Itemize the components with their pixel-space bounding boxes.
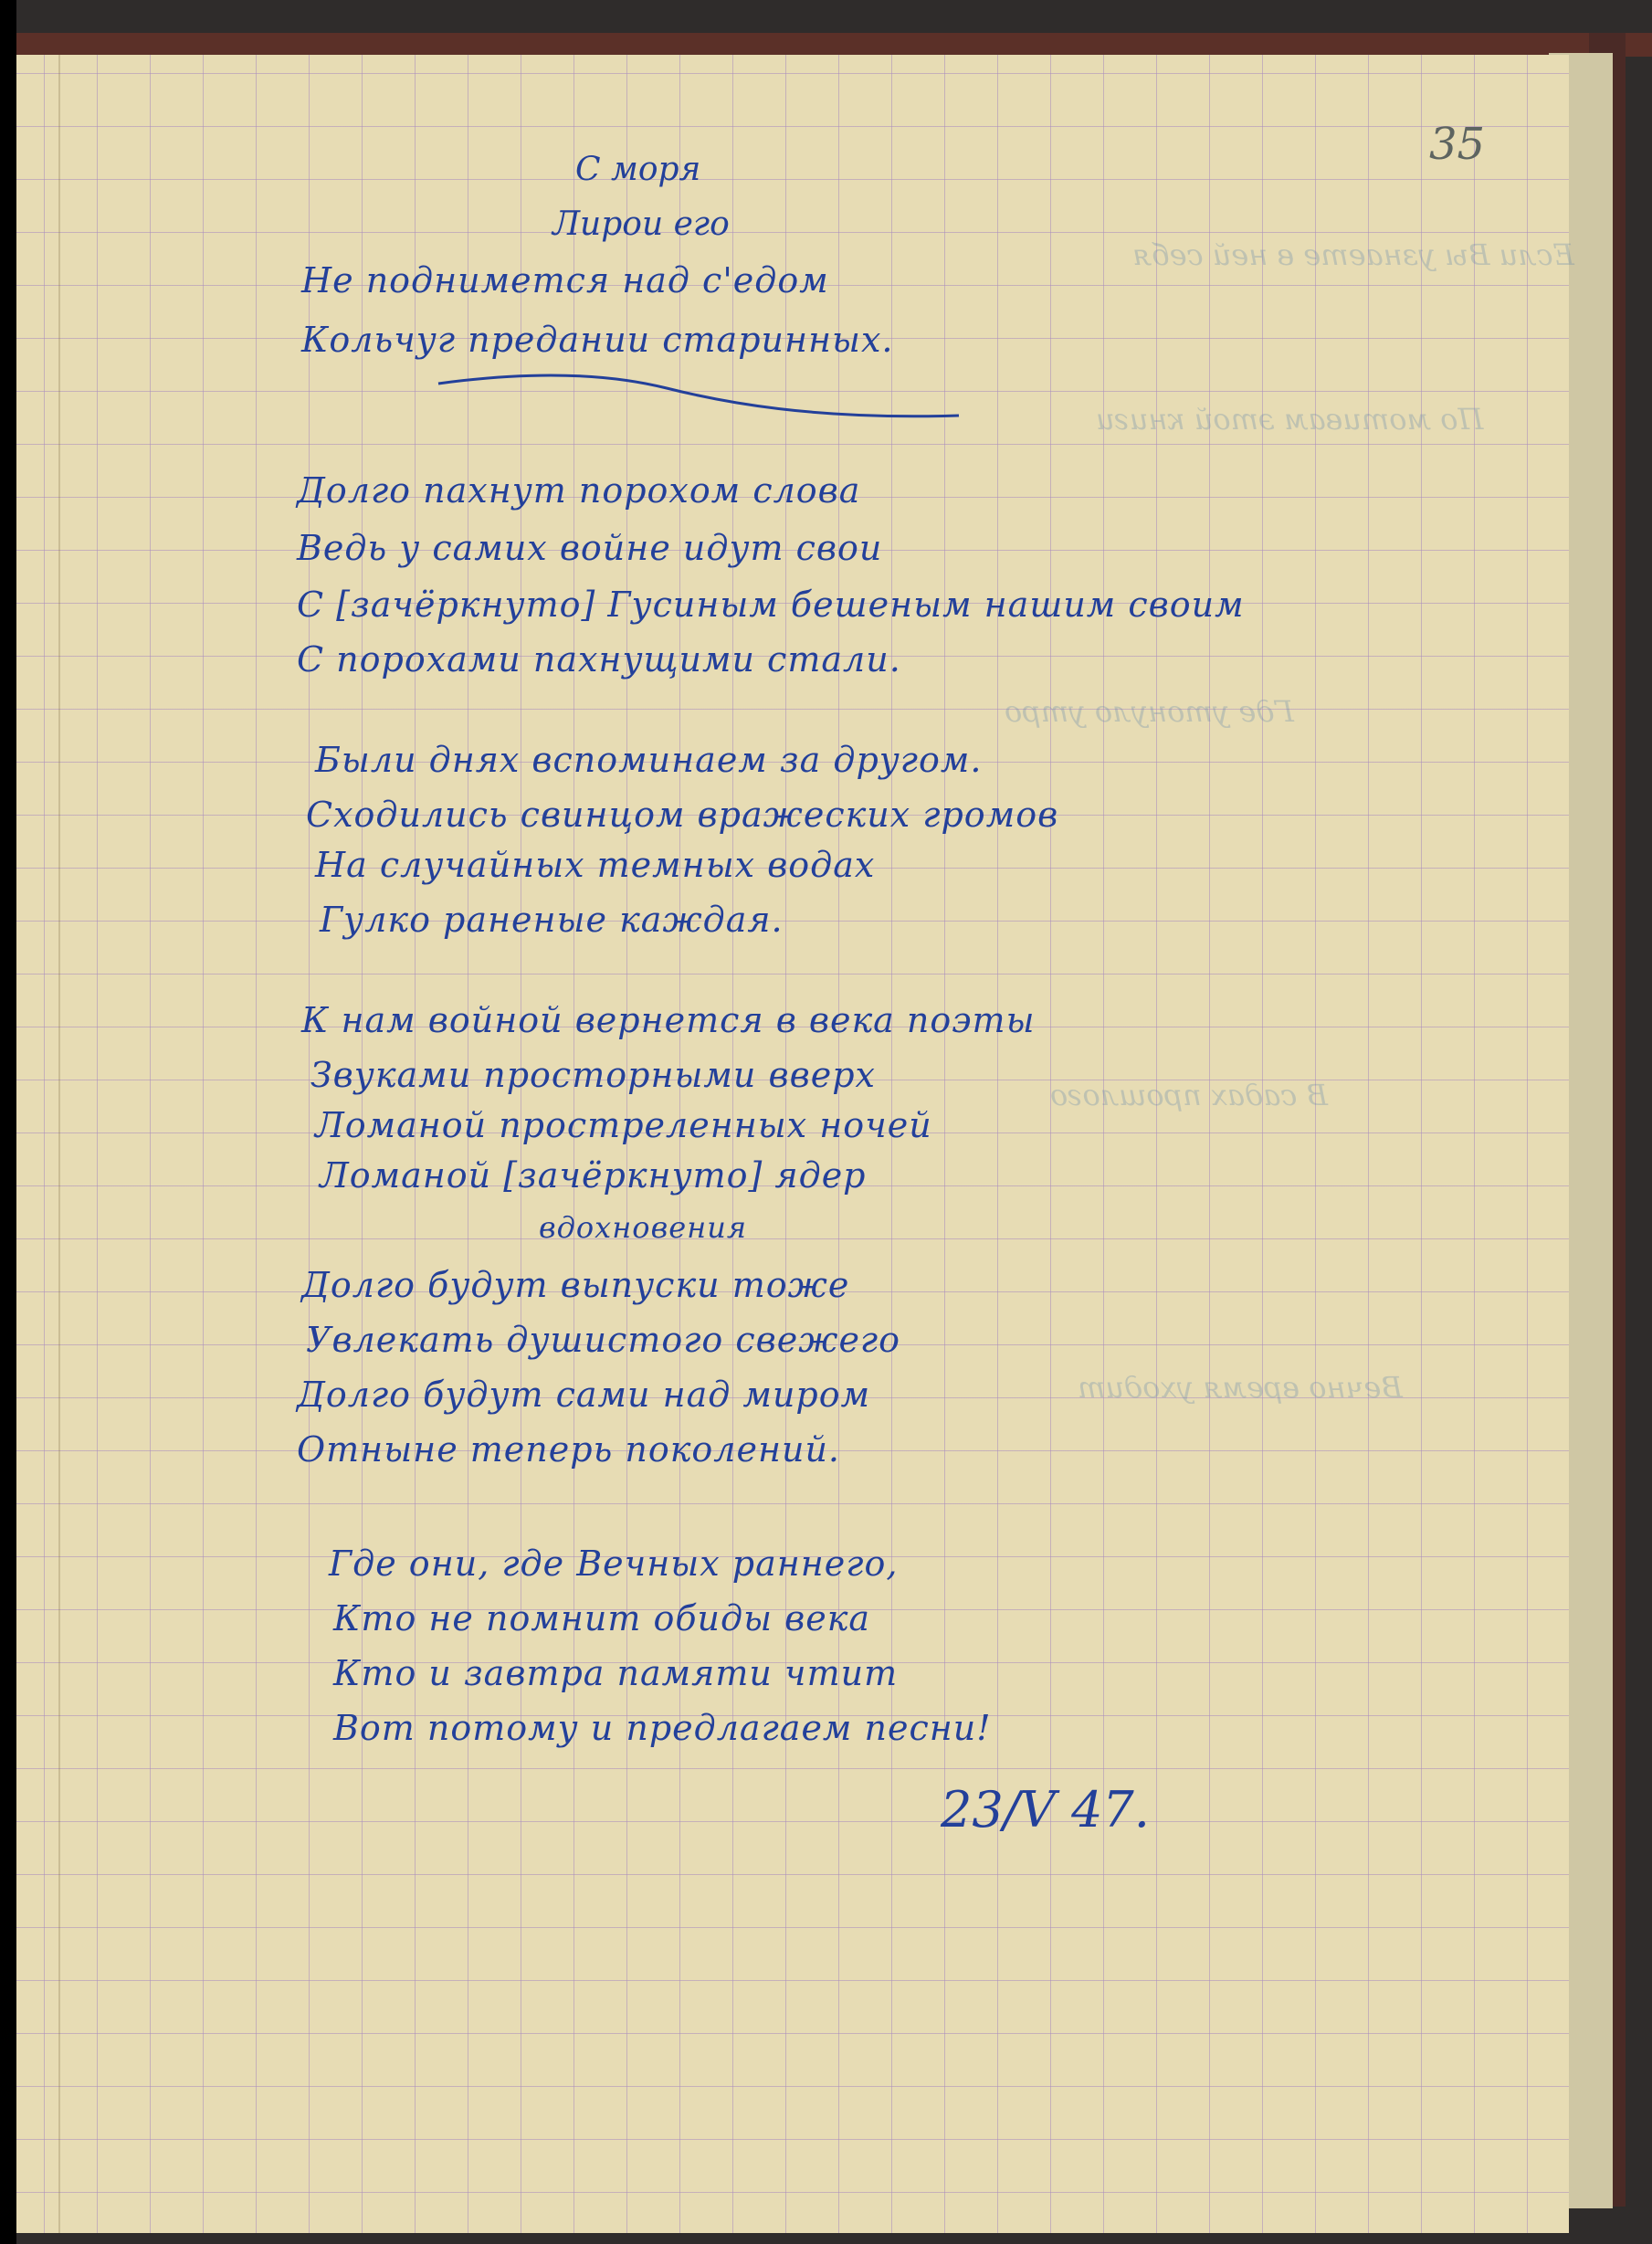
epigraph-quote-line: Кольчуг предании старинных. [301,320,894,360]
poem-line: Вот потому и предлагаем песни! [333,1708,992,1748]
poem-line: Ломаной простреленных ночей [315,1105,932,1145]
poem-line: Долго будут сами над миром [297,1375,870,1415]
binding-top-edge [16,33,1652,57]
poem-line: Ведь у самих войне идут свои [297,528,882,568]
poem-line: С порохами пахнущими стали. [297,639,901,680]
bleed-through-text: Вечно время уходит [1078,1370,1403,1405]
poem-line: Отныне теперь поколений. [297,1429,840,1470]
poem-line: Долго будут выпуски тоже [301,1265,849,1305]
page-fold-line [58,55,60,2233]
correction-insert: вдохновения [539,1210,747,1245]
poem-line: Где они, где Вечных раннего, [329,1543,898,1584]
poem-line: Гулко раненые каждая. [320,900,784,940]
poem-line: Увлекать душистого свежего [306,1320,900,1360]
date-signature: 23/V 47. [941,1781,1150,1838]
bleed-through-text: По мотивам этой книги [1096,402,1483,437]
poem-line: Ломаной [зачёркнуто] ядер [320,1155,867,1196]
poem-line: Звуками просторными вверх [310,1055,876,1095]
bleed-through-text: В садах прошлого [1050,1078,1328,1112]
poem-line: Кто не помнит обиды века [333,1598,870,1638]
epigraph-line: Лирои его [552,205,730,243]
bleed-through-text: Если Вы узнаете в ней себя [1132,237,1574,272]
wavy-divider [429,365,977,420]
bleed-through-text: Где утонуло утро [1005,694,1294,729]
epigraph-line: С моря [575,151,700,188]
poem-line: Сходились свинцом вражеских громов [306,795,1058,835]
page-number: 35 [1429,119,1485,170]
poem-line: Были днях вспоминаем за другом. [315,740,982,780]
poem-line: На случайных темных водах [315,845,875,885]
poem-line: Долго пахнут порохом слова [297,470,860,511]
poem-line: К нам войной вернется в века поэты [301,1000,1036,1040]
poem-line: С [зачёркнуто] Гусиным бешеным нашим сво… [297,585,1245,625]
epigraph-quote-line: Не поднимется над с'едом [301,260,829,300]
poem-line: Кто и завтра памяти чтит [333,1653,898,1693]
